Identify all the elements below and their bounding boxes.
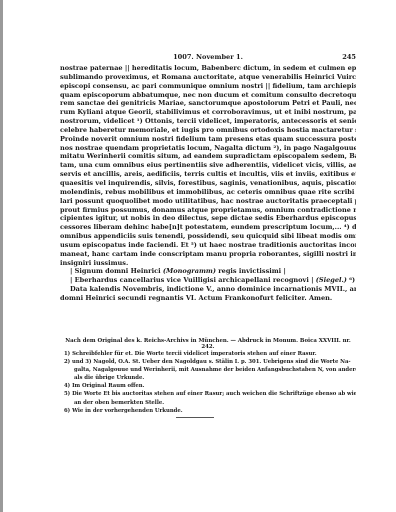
text-line: omnibus appendiciis suis tenendi, possid… [60, 232, 356, 241]
text-line: nostrorum, videlicet ¹) Ottonis, tercii … [60, 117, 356, 126]
page-number: 245 [342, 53, 356, 61]
footnote-2-3-cont: als die übrige Urkunde. [64, 374, 356, 382]
end-rule-divider [176, 417, 214, 418]
source-note: Nach dem Original des k. Reichs-Archivs … [60, 338, 356, 350]
footnote-5: 5) Die Worte Et bis auctoritas stehen au… [64, 390, 356, 398]
footnotes: 1) Schreibfehler für et. Die Worte terci… [64, 350, 356, 415]
text-line: insigniri iussimus. [60, 259, 356, 268]
footnote-4: 4) Im Original Raum offen. [64, 382, 356, 390]
text-line: quam episcoporum abbatumque, nec non duc… [60, 91, 356, 100]
seal-note: (Siegel.) [316, 276, 347, 284]
text-line: tam, una cum omnibus eius pertinentiis s… [60, 161, 356, 170]
text-line: molendinis, rebus mobilibus et immobilib… [60, 188, 356, 197]
footnote-2-3: 2) und 3) Nagold, O.A. St. Ueber den Nag… [64, 358, 356, 366]
text-line: servis et ancillis, areis, aedificiis, t… [60, 170, 356, 179]
dating-line: Data kalendis Novembris, indictione V., … [60, 285, 356, 294]
text-line: quaesitis vel inquirendis, silvis, fores… [60, 179, 356, 188]
text-line: lari possunt quoquolibet modo utilitatib… [60, 197, 356, 206]
text-line: nos nostrae quendam proprietatis locum, … [60, 144, 356, 153]
charter-text: nostrae paternae || hereditatis locum, B… [60, 64, 356, 303]
recognition-line: | Eberhardus cancellarius vice Vuilligis… [60, 276, 356, 285]
text-line: prout firmius possumus, donamus atque pr… [60, 206, 356, 215]
footnote-1: 1) Schreibfehler für et. Die Worte terci… [64, 350, 356, 358]
text-line: maneat, hanc cartam inde conscriptam man… [60, 250, 356, 259]
header-date: 1007. November 1. [60, 53, 356, 61]
footnote-6: 6) Wie in der vorhergehenden Urkunde. [64, 407, 356, 415]
text-line: rum Kyliani atque Georii, stabilivimus e… [60, 108, 356, 117]
text-line: nostrae paternae || hereditatis locum, B… [60, 64, 356, 73]
text-line: cipientes igitur, ut nobis in deo dilect… [60, 214, 356, 223]
running-header: 1007. November 1. 245 [60, 53, 356, 63]
text-line: rem sanctae dei genitricis Mariae, sanct… [60, 99, 356, 108]
text-line: Proinde noverit omnium nostri fidelium t… [60, 135, 356, 144]
text-line: sublimando proveximus, et Romana auctori… [60, 73, 356, 82]
text-line: episcopi consensu, ac pari communique om… [60, 82, 356, 91]
footnote-2-3-cont: galta, Nagalgouue und Werinherii, mit Au… [64, 366, 356, 374]
signum-line: | Signum domni Heinrici (Monogramm) regi… [60, 267, 356, 276]
text-line: celebre haberetur memoriale, et iugis pr… [60, 126, 356, 135]
text-line: mitatu Werinherii comitis situm, ad eand… [60, 152, 356, 161]
dating-line: domni Heinrici secundi regnantis VI. Act… [60, 294, 356, 303]
footnote-5-cont: an der oben bemerkten Stelle. [64, 399, 356, 407]
text-line: usum episcopatus inde faciendi. Et ⁵) ut… [60, 241, 356, 250]
scan-page-edge [0, 0, 3, 512]
text-line: cessores liberam dehinc habe[n]t potesta… [60, 223, 356, 232]
monogram-note: (Monogramm) [163, 267, 216, 275]
